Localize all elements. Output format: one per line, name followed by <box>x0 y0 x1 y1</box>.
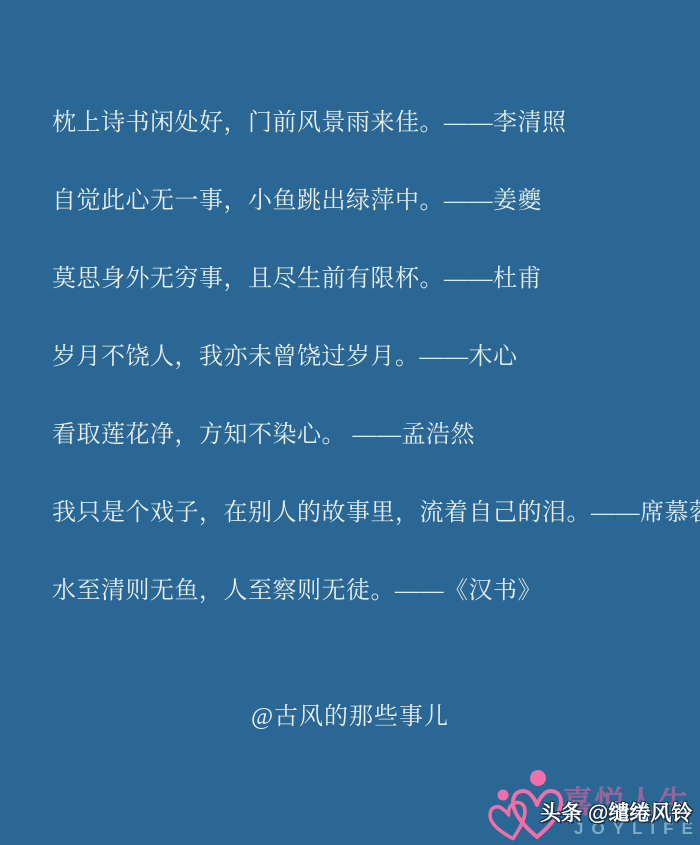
quote-line-6: 我只是个戏子，在别人的故事里，流着自己的泪。——席慕蓉 <box>52 499 700 527</box>
quote-text: 莫思身外无穷事，且尽生前有限杯。 <box>52 266 444 292</box>
small-heart-outline <box>488 801 529 842</box>
quote-text: 岁月不饶人，我亦未曾饶过岁月。 <box>52 344 420 370</box>
quote-text: 水至清则无鱼，人至察则无徒。 <box>52 578 395 604</box>
quote-author: ——《汉书》 <box>395 578 542 604</box>
quote-card: { "page": { "background": "#2a6794", "te… <box>0 0 700 845</box>
quote-text: 我只是个戏子，在别人的故事里，流着自己的泪。 <box>52 500 591 526</box>
quote-line-7: 水至清则无鱼，人至察则无徒。——《汉书》 <box>52 577 700 605</box>
quote-line-2: 自觉此心无一事，小鱼跳出绿萍中。——姜夔 <box>52 187 700 215</box>
attribution-handle: @古风的那些事儿 <box>0 696 700 731</box>
quote-text: 看取莲花净，方知不染心。 <box>52 422 353 448</box>
quote-line-4: 岁月不饶人，我亦未曾饶过岁月。——木心 <box>52 343 700 371</box>
quote-author: ——李清照 <box>444 110 567 136</box>
quote-line-1: 枕上诗书闲处好，门前风景雨来佳。——李清照 <box>52 109 700 137</box>
watermark: 喜悦人生 头条 @缱绻风铃 JOYLIFE <box>488 763 698 845</box>
quote-line-5: 看取莲花净，方知不染心。 ——孟浩然 <box>52 421 700 449</box>
quote-author: ——姜夔 <box>444 188 542 214</box>
quote-list: 枕上诗书闲处好，门前风景雨来佳。——李清照 自觉此心无一事，小鱼跳出绿萍中。——… <box>52 109 700 655</box>
quote-text: 自觉此心无一事，小鱼跳出绿萍中。 <box>52 188 444 214</box>
watermark-credit: 头条 @缱绻风铃 <box>540 797 692 827</box>
quote-author: ——席慕蓉 <box>591 500 700 526</box>
heart-head-left <box>498 790 509 801</box>
quote-author: ——木心 <box>420 344 518 370</box>
quote-text: 枕上诗书闲处好，门前风景雨来佳。 <box>52 110 444 136</box>
heart-head-right <box>530 770 546 786</box>
quote-author: ——杜甫 <box>444 266 542 292</box>
quote-line-3: 莫思身外无穷事，且尽生前有限杯。——杜甫 <box>52 265 700 293</box>
credit-handle: @缱绻风铃 <box>588 802 692 825</box>
credit-prefix: 头条 <box>540 802 588 825</box>
quote-author: ——孟浩然 <box>353 422 476 448</box>
